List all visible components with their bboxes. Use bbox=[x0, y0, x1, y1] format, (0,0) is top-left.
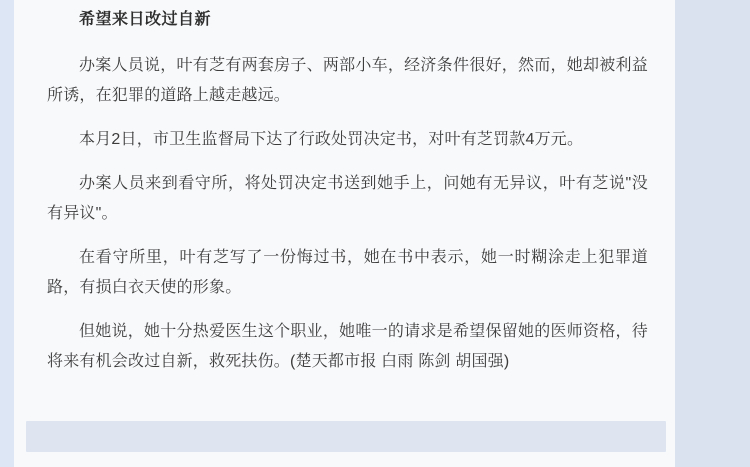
article-paragraph-3: 办案人员来到看守所，将处罚决定书送到她手上，问她有无异议，叶有芝说"没有异议"。 bbox=[47, 169, 648, 229]
left-page-border bbox=[0, 0, 14, 467]
article-body: 希望来日改过自新 办案人员说，叶有芝有两套房子、两部小车，经济条件很好，然而，她… bbox=[14, 0, 675, 391]
article-paragraph-5: 但她说，她十分热爱医生这个职业，她唯一的请求是希望保留她的医师资格，待将来有机会… bbox=[47, 317, 648, 377]
article-page: 希望来日改过自新 办案人员说，叶有芝有两套房子、两部小车，经济条件很好，然而，她… bbox=[14, 0, 675, 467]
article-paragraph-2: 本月2日，市卫生监督局下达了行政处罚决定书，对叶有芝罚款4万元。 bbox=[47, 125, 648, 155]
article-paragraph-1: 办案人员说，叶有芝有两套房子、两部小车，经济条件很好，然而，她却被利益所诱，在犯… bbox=[47, 51, 648, 111]
article-paragraph-4: 在看守所里，叶有芝写了一份悔过书，她在书中表示，她一时糊涂走上犯罪道路，有损白衣… bbox=[47, 243, 648, 303]
screenshot-viewport: 希望来日改过自新 办案人员说，叶有芝有两套房子、两部小车，经济条件很好，然而，她… bbox=[0, 0, 750, 467]
right-page-gutter bbox=[675, 0, 750, 467]
bottom-divider-bar bbox=[26, 421, 666, 452]
article-heading: 希望来日改过自新 bbox=[47, 5, 648, 35]
